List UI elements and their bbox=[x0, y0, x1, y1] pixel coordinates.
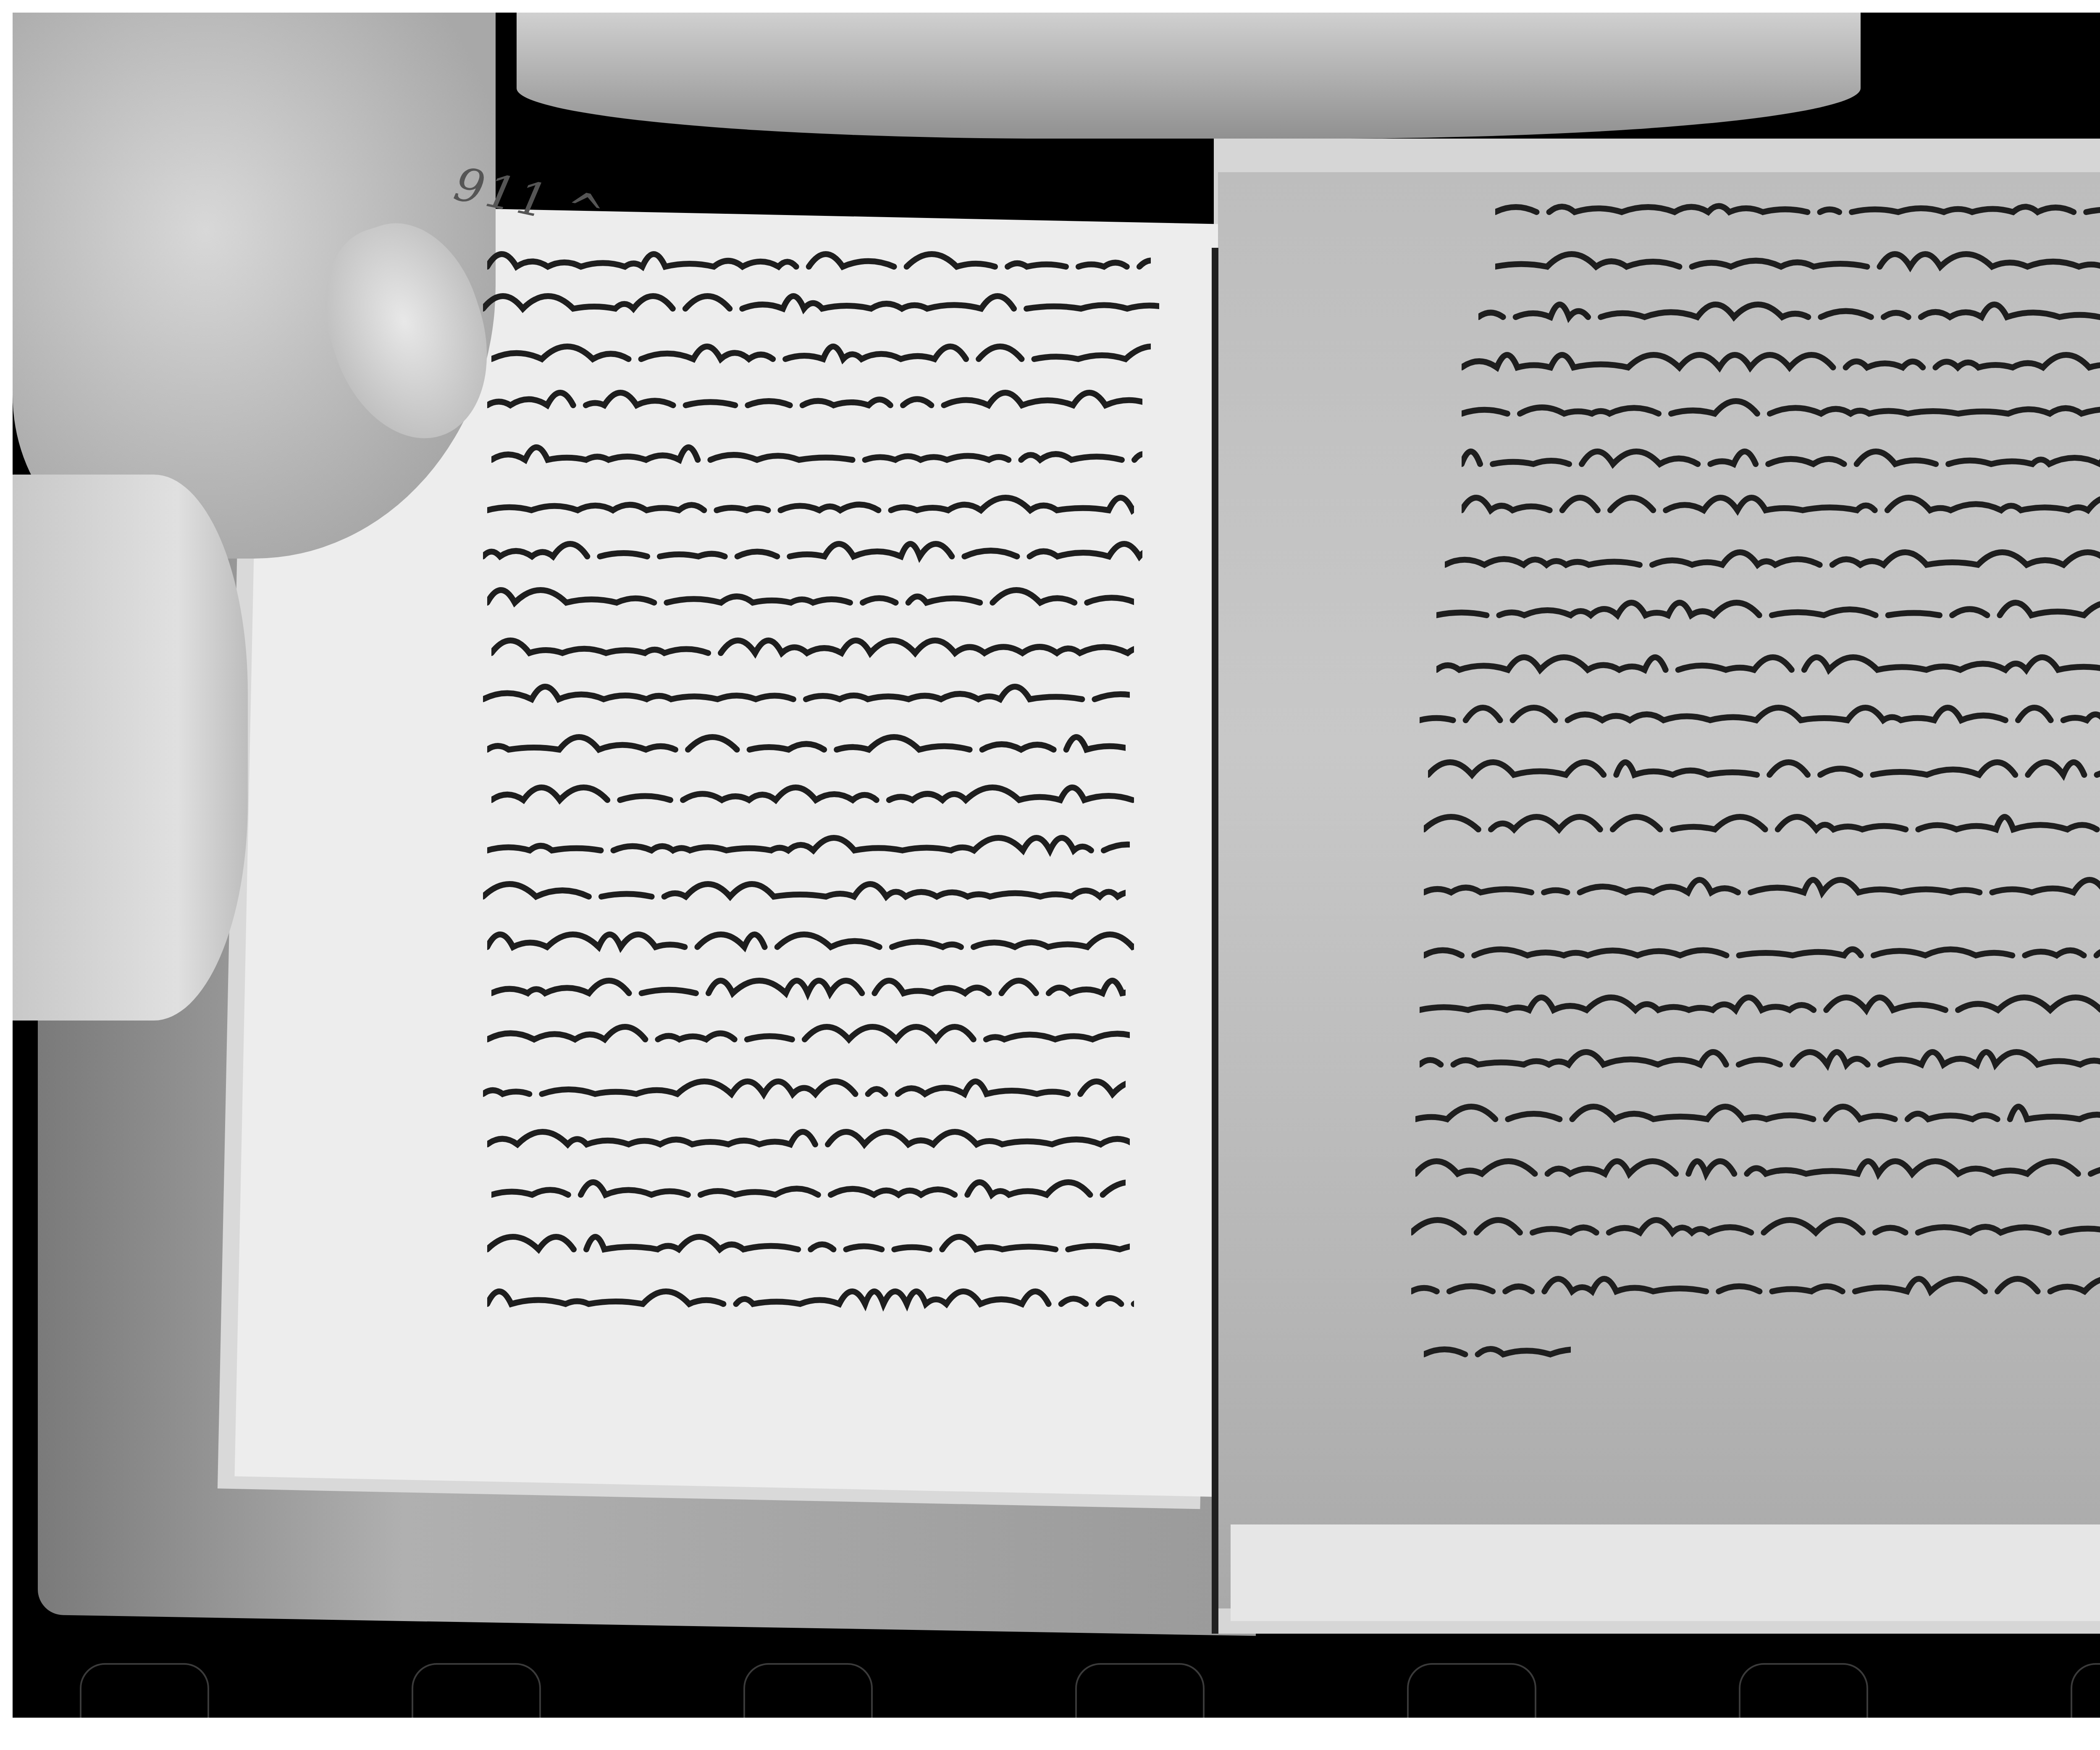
left-script-line bbox=[487, 237, 1151, 283]
left-script-line bbox=[487, 1115, 1130, 1161]
left-script-line bbox=[487, 573, 1134, 619]
left-script-line bbox=[491, 964, 1126, 1010]
right-script-line bbox=[1462, 338, 2100, 384]
film-sprocket-hole bbox=[1075, 1663, 1205, 1718]
right-script-line bbox=[1462, 481, 2100, 527]
film-sprocket-hole bbox=[1739, 1663, 1868, 1718]
background-shirt bbox=[517, 13, 1861, 139]
left-script-line bbox=[487, 1010, 1130, 1056]
right-script-line bbox=[1415, 1090, 2100, 1136]
photo-frame: 911 ^ bbox=[13, 13, 2100, 1718]
left-script-line bbox=[483, 1065, 1126, 1111]
film-sprocket-hole bbox=[2071, 1663, 2100, 1718]
film-sprocket-hole bbox=[1407, 1663, 1536, 1718]
left-script-line bbox=[483, 527, 1142, 573]
right-script-line bbox=[1462, 435, 2100, 481]
right-script-line bbox=[1420, 1035, 2100, 1081]
right-script-line bbox=[1436, 640, 2100, 687]
right-script-line bbox=[1428, 745, 2100, 792]
left-script-line bbox=[491, 430, 1142, 477]
right-script-line bbox=[1445, 535, 2100, 582]
film-sprocket-hole bbox=[743, 1663, 873, 1718]
right-script-line bbox=[1462, 384, 2100, 430]
left-script-line bbox=[491, 771, 1134, 817]
left-script-line bbox=[487, 376, 1142, 422]
left-script-line bbox=[487, 1220, 1130, 1266]
right-final-script-line bbox=[1424, 1325, 1571, 1371]
right-script-line bbox=[1424, 926, 2100, 972]
right-script-line bbox=[1436, 586, 2100, 632]
left-script-line bbox=[483, 279, 1159, 325]
right-script-line bbox=[1424, 800, 2100, 846]
left-script-line bbox=[483, 867, 1126, 913]
film-sprocket-hole bbox=[412, 1663, 541, 1718]
left-script-line bbox=[491, 330, 1151, 376]
left-script-line bbox=[487, 720, 1126, 766]
left-script-line bbox=[487, 821, 1130, 867]
right-script-line bbox=[1495, 183, 2100, 229]
right-script-line bbox=[1420, 981, 2100, 1027]
left-script-line bbox=[491, 1165, 1126, 1212]
right-page-bottom-edge bbox=[1231, 1524, 2100, 1621]
right-script-line bbox=[1411, 1262, 2100, 1308]
left-script-line bbox=[483, 670, 1130, 716]
right-script-line bbox=[1424, 863, 2100, 909]
film-sprocket-hole bbox=[80, 1663, 209, 1718]
left-fingers-lower bbox=[13, 475, 248, 1021]
right-script-line bbox=[1495, 237, 2100, 283]
left-script-line bbox=[487, 481, 1134, 527]
left-script-line bbox=[487, 1275, 1134, 1321]
right-script-line bbox=[1415, 1144, 2100, 1191]
book-gutter bbox=[1212, 248, 1218, 1634]
left-script-line bbox=[487, 918, 1134, 964]
left-script-line bbox=[491, 624, 1134, 670]
right-script-line bbox=[1478, 288, 2100, 334]
right-script-line bbox=[1420, 691, 2100, 737]
right-script-line bbox=[1411, 1203, 2100, 1249]
